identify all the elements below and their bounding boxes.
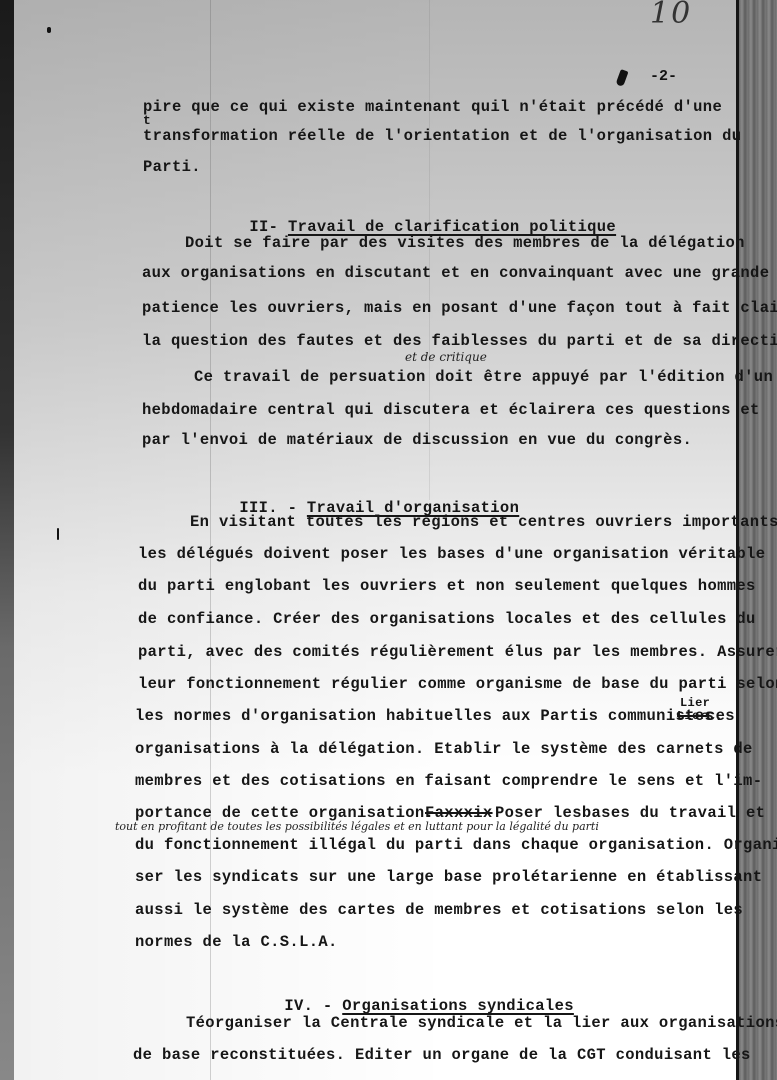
text-line: ser les syndicats sur une large base pro… [135,868,762,886]
text-line: aussi le système des cartes de membres e… [135,901,743,919]
handwritten-annotation: tout en profitant de toutes les possibil… [115,820,599,834]
text-line: membres et des cotisations en faisant co… [135,772,762,790]
section-heading: II- Travail de clarification politique [230,200,616,236]
text-line: leur fonctionnement régulier comme organ… [138,675,777,693]
ink-speck [47,27,51,33]
text-line: les normes d'organisation habituelles au… [135,707,724,725]
text-line: les délégués doivent poser les bases d'u… [138,545,765,563]
text-line: la question des fautes et des faiblesses… [142,332,777,350]
text-line: de confiance. Créer des organisations lo… [138,610,756,628]
struck-word: Lier [677,707,707,725]
section-title: Organisations syndicales [342,997,574,1015]
text-line: patience les ouvriers, mais en posant d'… [142,299,777,317]
folio-number: 10 [650,0,692,31]
text-line: par l'envoi de matériaux de discussion e… [142,431,692,449]
scan-right-edge [739,0,777,1080]
text-line: En visitant toutes les régions et centre… [190,513,777,531]
text-line: transformation réelle de l'orientation e… [143,127,741,145]
text-line: Parti. [143,158,201,176]
text-line: pire que ce qui existe maintenant quil n… [143,98,722,116]
text-line: Doit se faire par des visites des membre… [185,234,745,252]
section-heading: IV. - Organisations syndicales [265,979,574,1015]
text-line: parti, avec des comités régulièrement él… [138,643,777,661]
ink-speck [57,528,59,540]
text-line: Ce travail de persuation doit être appuy… [194,368,773,386]
page-number: -2- [650,68,677,85]
text-line: Téorganiser la Centrale syndicale et la … [186,1014,777,1032]
text-line: du parti englobant les ouvriers et non s… [138,577,756,595]
text-line: hebdomadaire central qui discutera et éc… [142,401,760,419]
text-line: aux organisations en discutant et en con… [142,264,769,282]
handwritten-annotation: et de critique [405,350,487,364]
section-heading: III. - Travail d'organisation [220,481,519,517]
text-line: du fonctionnement illégal du parti dans … [135,836,777,854]
text-line: normes de la C.S.L.A. [135,933,338,951]
scan-left-edge [0,0,14,1080]
text-line: ces [706,707,735,725]
section-number: IV. - [284,997,332,1015]
text-line: organisations à la délégation. Etablir l… [135,740,753,758]
text-line: de base reconstituées. Editer un organe … [133,1046,751,1064]
